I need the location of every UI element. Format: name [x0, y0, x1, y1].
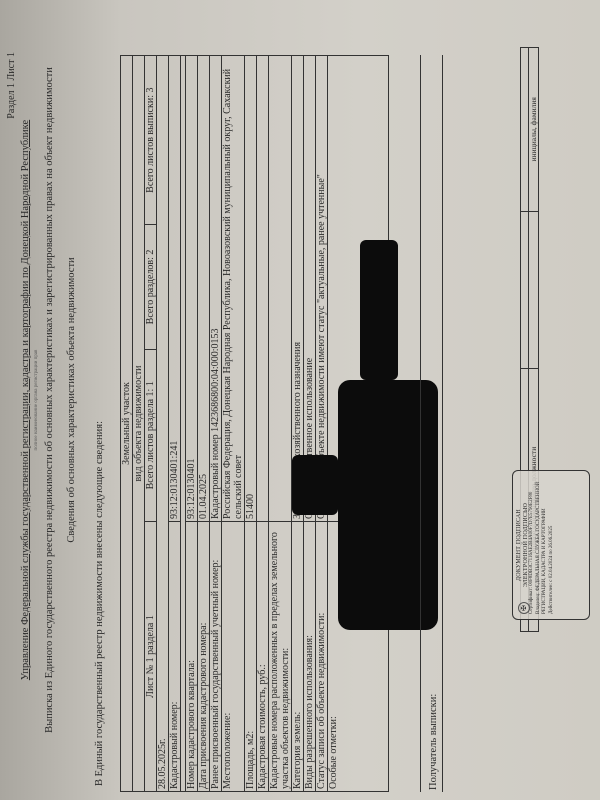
- signature-caption: [529, 211, 539, 369]
- object-type-caption: вид объекта недвижимости: [133, 56, 145, 792]
- field-label: Ранее присвоенный государственный учетны…: [210, 522, 222, 792]
- name-caption: инициалы, фамилия: [529, 48, 539, 212]
- field-row: Кадастровые номера расположенных в преде…: [269, 56, 292, 792]
- field-row: Кадастровая стоимость, руб.:: [257, 56, 269, 792]
- sheet-number: Лист № 1 раздела 1: [145, 522, 157, 792]
- field-value: [269, 56, 292, 522]
- field-row: Номер кадастрового квартала: 93:12:01304…: [186, 56, 198, 792]
- intro-text: В Единый государственный реестр недвижим…: [94, 421, 105, 786]
- document-page: Раздел 1 Лист 1 Управление Федеральной с…: [0, 0, 600, 800]
- field-value: Сельскохозяйственное использование: [304, 56, 316, 522]
- field-value: Кадастровый номер 1423686800:04:000:0153: [210, 56, 222, 522]
- total-sections: Всего разделов: 2: [145, 225, 157, 349]
- issue-date: 28.05.2025г.: [157, 56, 169, 792]
- field-row: Статус записи об объекте недвижимости: С…: [316, 56, 328, 792]
- field-value: Российская Федерация, Донецкая Народная …: [222, 56, 245, 522]
- signature-cell: [521, 211, 529, 369]
- divider: [420, 55, 421, 792]
- stamp-cert: Сертификат: 00F8DB3C7116AE2B4A00F7D7E579…: [529, 476, 536, 614]
- field-value: 93:12:0130401: [186, 56, 198, 522]
- field-row: Местоположение: Российская Федерация, До…: [222, 56, 245, 792]
- redaction-marker: [292, 455, 338, 515]
- field-label: Кадастровая стоимость, руб.:: [257, 522, 269, 792]
- field-label: Статус записи об объекте недвижимости:: [316, 522, 328, 792]
- field-value: 93:12:0130401:241: [169, 56, 181, 522]
- field-label: Виды разрешенного использования:: [304, 522, 316, 792]
- redaction-marker: [360, 240, 398, 380]
- field-row: Ранее присвоенный государственный учетны…: [210, 56, 222, 792]
- field-label: Номер кадастрового квартала:: [186, 522, 198, 792]
- emblem-icon: ✠: [518, 602, 530, 614]
- object-type-caption-row: вид объекта недвижимости: [133, 56, 145, 792]
- field-value: 51400: [245, 56, 257, 522]
- field-label: Категория земель:: [292, 522, 304, 792]
- date-row: 28.05.2025г.: [157, 56, 169, 792]
- object-type-row: Земельный участок: [121, 56, 133, 792]
- field-value-redacted: [257, 56, 269, 522]
- field-label: Кадастровый номер:: [169, 522, 181, 792]
- organization-name: Управление Федеральной службы государств…: [20, 0, 31, 800]
- field-value: 01.04.2025: [198, 56, 210, 522]
- document-subtitle: Сведения об основных характеристиках объ…: [66, 0, 77, 800]
- field-row: Категория земель: Земли сельскохозяйстве…: [292, 56, 304, 792]
- divider: [442, 55, 443, 792]
- redaction-marker: [338, 380, 438, 630]
- document-title: Выписка из Единого государственного реес…: [44, 0, 55, 800]
- name-cell: [521, 48, 529, 212]
- field-row: Виды разрешенного использования: Сельско…: [304, 56, 316, 792]
- field-label: Местоположение:: [222, 522, 245, 792]
- sheet-info-row: Лист № 1 раздела 1 Всего листов раздела …: [145, 56, 157, 792]
- field-label: Кадастровые номера расположенных в преде…: [269, 522, 292, 792]
- field-row: Кадастровый номер: 93:12:0130401:241: [169, 56, 181, 792]
- total-sheets: Всего листов выписки: 3: [145, 56, 157, 225]
- e-signature-stamp: ✠ ДОКУМЕНТ ПОДПИСАН ЭЛЕКТРОННОЙ ПОДПИСЬЮ…: [512, 470, 590, 620]
- organization-caption: полное наименование органа регистрации п…: [34, 0, 39, 800]
- sheet-label: Раздел 1 Лист 1: [6, 52, 17, 119]
- field-value: Земли сельскохозяйственного назначения: [292, 56, 304, 522]
- object-type: Земельный участок: [121, 56, 133, 792]
- stamp-valid: Действителен: с 02.04.2024 по 26.06.2025: [549, 476, 556, 614]
- field-row: Дата присвоения кадастрового номера: 01.…: [198, 56, 210, 792]
- total-sheets-section: Всего листов раздела 1: 1: [145, 349, 157, 521]
- recipient-label: Получатель выписки:: [428, 694, 439, 790]
- field-label: Площадь, м2:: [245, 522, 257, 792]
- field-label: Дата присвоения кадастрового номера:: [198, 522, 210, 792]
- field-row: Площадь, м2: 51400: [245, 56, 257, 792]
- field-value: Сведения об объекте недвижимости имеют с…: [316, 56, 328, 522]
